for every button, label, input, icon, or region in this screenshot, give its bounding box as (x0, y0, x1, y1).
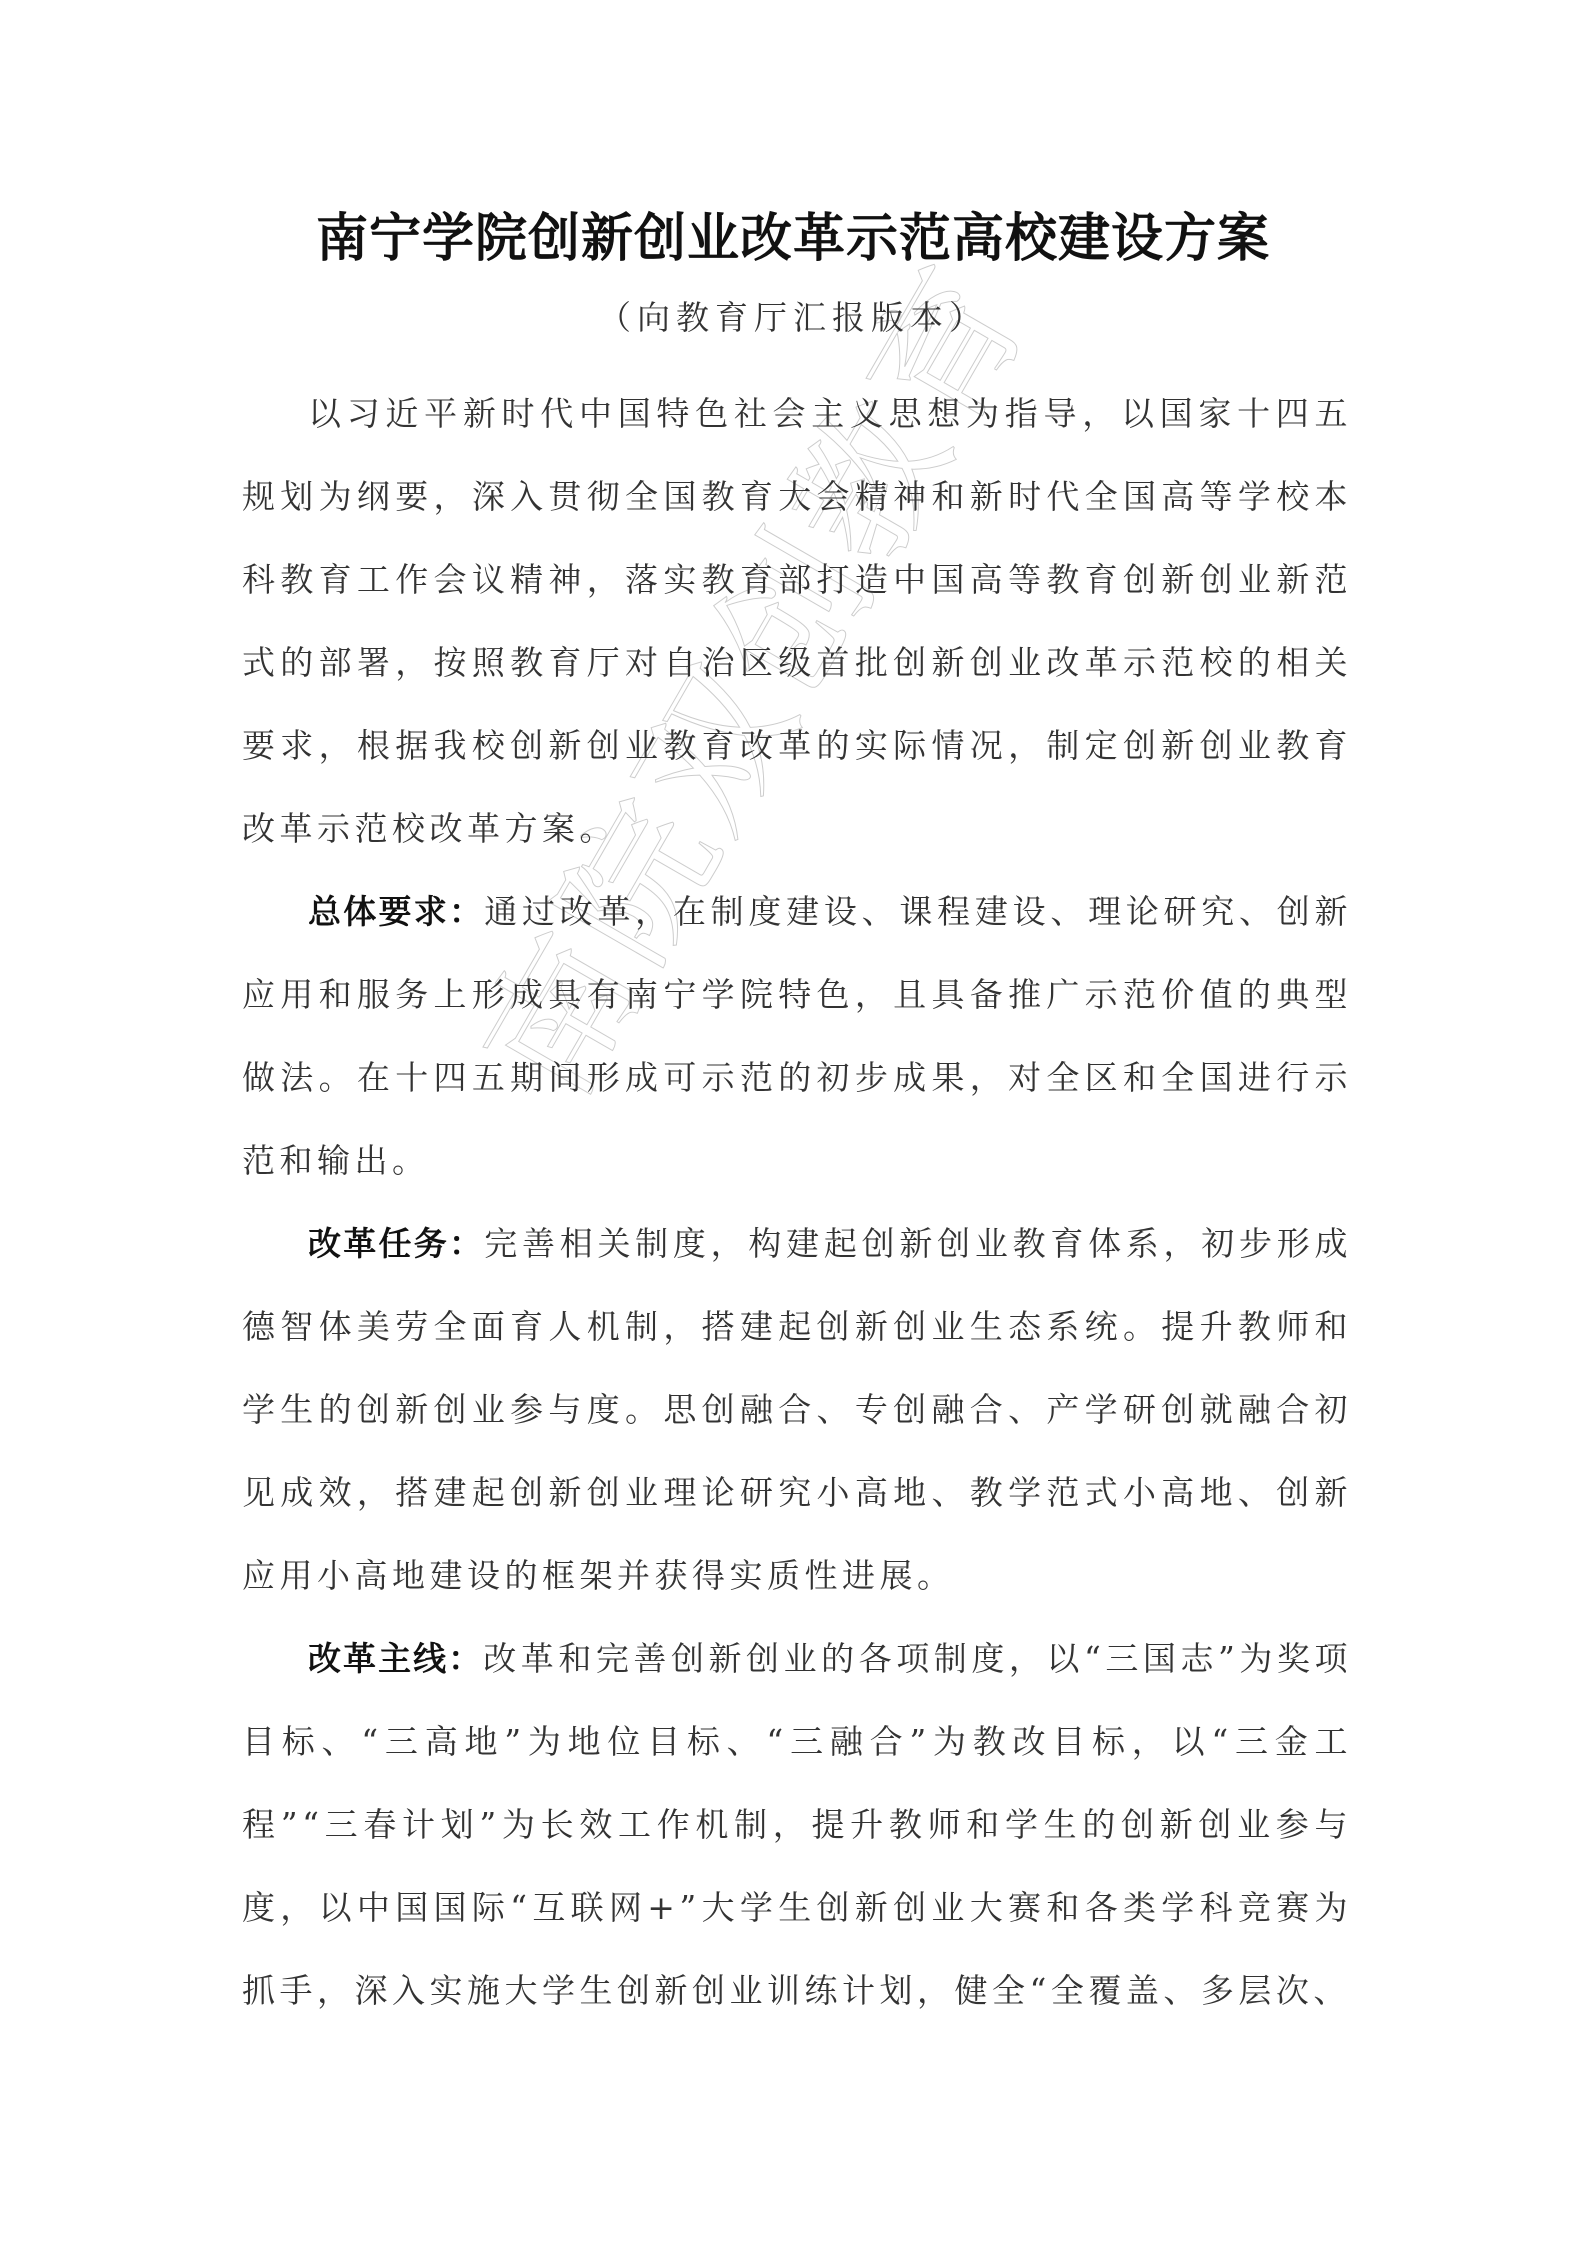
paragraph-reform-mainline: 改革主线：改革和完善创新创业的各项制度，以“三国志”为奖项目标、“三高地”为地位… (242, 1617, 1352, 2032)
document-subtitle: （向教育厅汇报版本） (0, 292, 1586, 339)
paragraph-text: 完善相关制度，构建起创新创业教育体系，初步形成德智体美劳全面育人机制，搭建起创新… (242, 1224, 1352, 1595)
document-body: 以习近平新时代中国特色社会主义思想为指导，以国家十四五规划为纲要，深入贯彻全国教… (242, 372, 1352, 2032)
paragraph-reform-tasks: 改革任务：完善相关制度，构建起创新创业教育体系，初步形成德智体美劳全面育人机制，… (242, 1202, 1352, 1617)
paragraph-text: 通过改革，在制度建设、课程建设、理论研究、创新应用和服务上形成具有南宁学院特色，… (242, 892, 1352, 1180)
paragraph-lead: 改革任务： (308, 1224, 484, 1263)
paragraph-intro: 以习近平新时代中国特色社会主义思想为指导，以国家十四五规划为纲要，深入贯彻全国教… (242, 372, 1352, 870)
document-title: 南宁学院创新创业改革示范高校建设方案 (0, 196, 1586, 271)
document-page: 南院双创教育 南宁学院创新创业改革示范高校建设方案 （向教育厅汇报版本） 以习近… (0, 0, 1586, 2244)
paragraph-text: 以习近平新时代中国特色社会主义思想为指导，以国家十四五规划为纲要，深入贯彻全国教… (242, 394, 1352, 848)
paragraph-lead: 改革主线： (308, 1639, 483, 1678)
paragraph-overall-requirements: 总体要求：通过改革，在制度建设、课程建设、理论研究、创新应用和服务上形成具有南宁… (242, 870, 1352, 1202)
paragraph-text: 改革和完善创新创业的各项制度，以“三国志”为奖项目标、“三高地”为地位目标、“三… (242, 1639, 1352, 2010)
paragraph-lead: 总体要求： (308, 892, 484, 931)
